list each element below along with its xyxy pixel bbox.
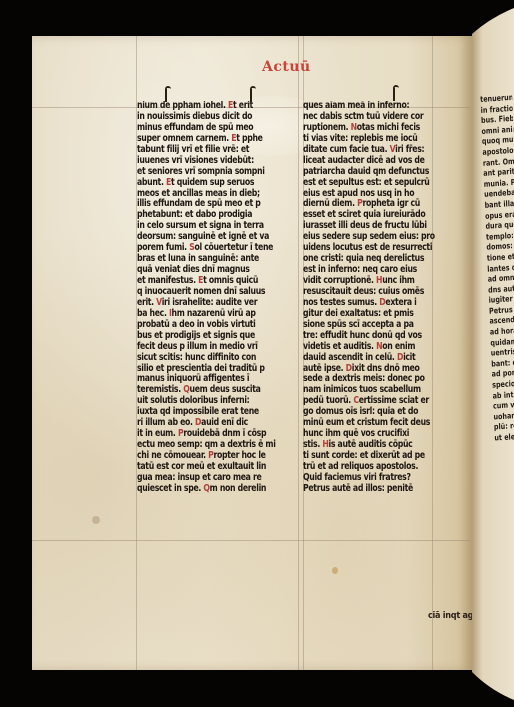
parchment-stain [92,516,100,524]
rubricated-initial: E [166,177,171,188]
rubricated-initial: Q [203,483,209,494]
text-line: quiescet in spe. Qm non derelin [137,484,286,495]
ascender-flourish [250,88,252,102]
rubricated-initial: E [228,101,233,111]
rubricated-initial: N [351,122,357,133]
rubricated-initial: D [397,352,403,363]
rubricated-initial: S [189,242,194,253]
rubricated-initial: H [376,275,382,286]
parchment-stain [332,567,338,574]
ascender-flourish [165,88,167,102]
rubricated-initial: Q [183,384,189,395]
rubricated-initial: N [376,341,382,352]
text-line: speciosa: [492,379,514,392]
rubricated-initial: P [178,428,183,439]
rubricated-initial: E [198,275,203,286]
text-column-left: nium de ppham iohel. Et erit in nouissim… [137,101,299,495]
rubricated-initial: H [322,439,328,450]
rubricated-initial: P [208,450,213,461]
facing-page-edge: tenuerunt a in fractione bus. Fiebat omn… [470,0,514,707]
ruling-line-horizontal [32,540,470,541]
rubricated-initial: E [231,133,236,144]
rubricated-initial: I [169,308,172,319]
text-line: Petrus autē ad illos: penitē [303,484,424,495]
rubricated-initial: D [346,363,352,374]
running-head: Actuū [262,59,311,75]
rubricated-initial: V [156,297,162,308]
rubricated-initial: P [357,198,362,209]
rubricated-initial: V [390,144,396,155]
ascender-flourish [393,87,395,101]
text-line: ut elemosyn [494,431,514,444]
rubricated-initial: D [195,417,201,428]
text-column-right: ques aīam meā in inferno: nec dabis sctm… [303,101,435,495]
rubricated-initial: C [353,395,358,406]
rubricated-initial: D [379,297,385,308]
